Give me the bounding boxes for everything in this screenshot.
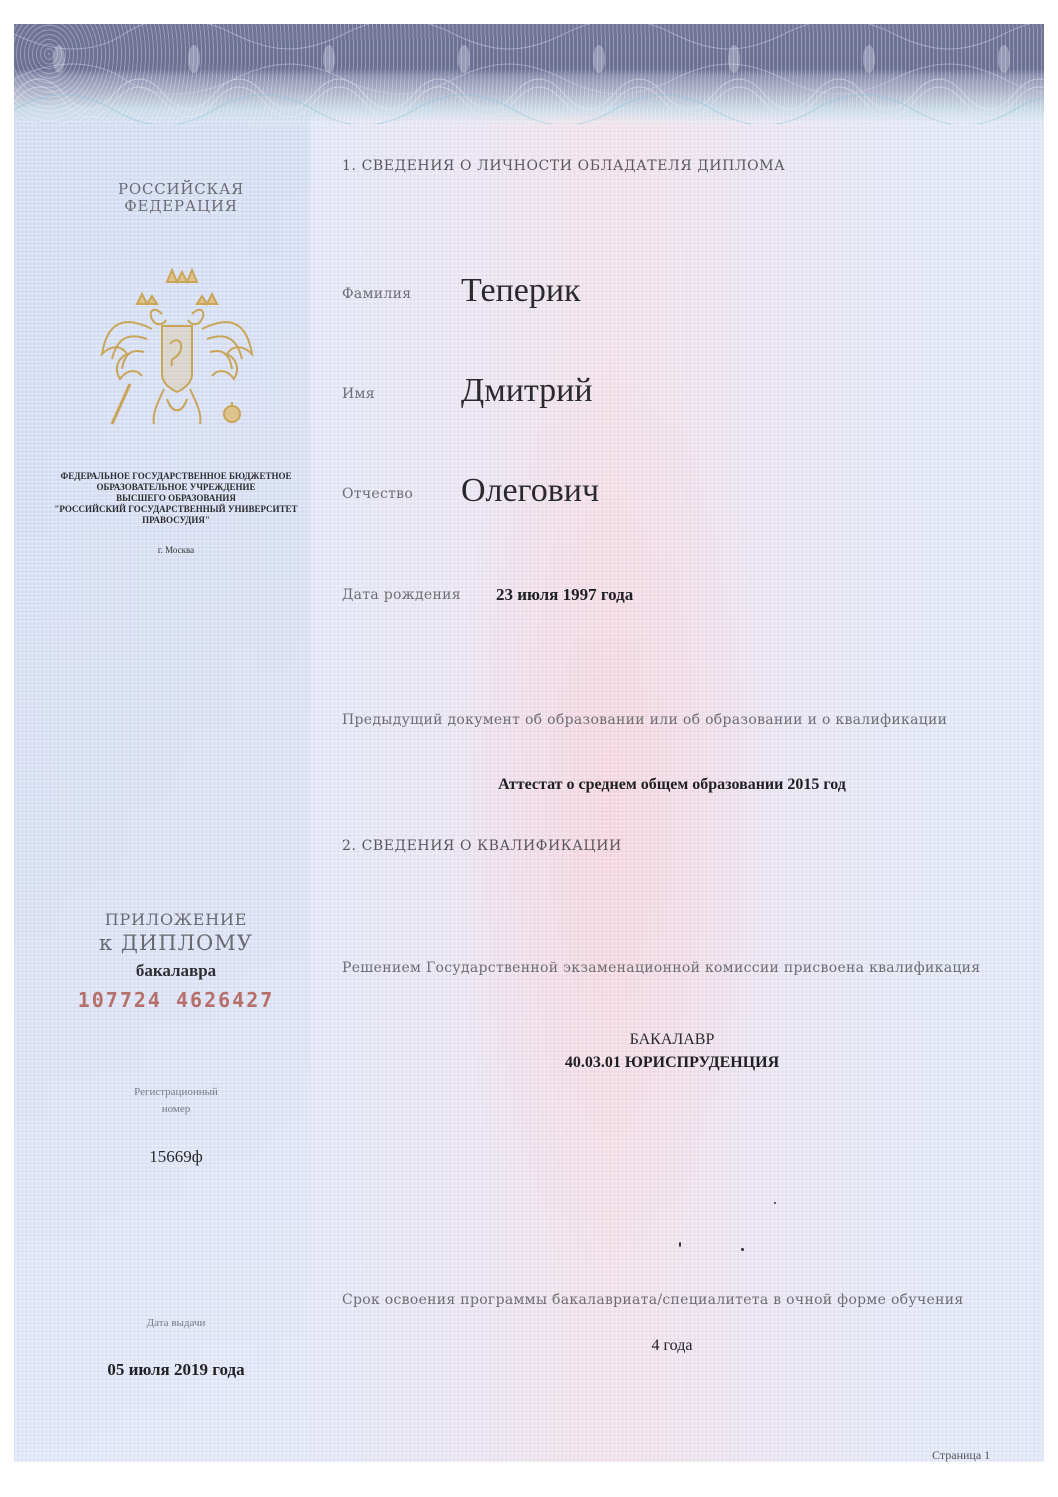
page-number: Страница 1 (932, 1448, 990, 1462)
section-1-heading: 1. СВЕДЕНИЯ О ЛИЧНОСТИ ОБЛАДАТЕЛЯ ДИПЛОМ… (342, 158, 785, 174)
previous-document-value: Аттестат о среднем общем образовании 201… (342, 776, 1002, 794)
institution-city: г. Москва (126, 545, 226, 555)
institution-line: "РОССИЙСКИЙ ГОСУДАРСТВЕННЫЙ УНИВЕРСИТЕТ (26, 504, 326, 515)
name-value: Дмитрий (461, 372, 593, 410)
duration-label: Срок освоения программы бакалавриата/спе… (342, 1292, 964, 1308)
registration-label-line-1: Регистрационный (134, 1086, 218, 1098)
patronymic-label: Отчество (342, 486, 413, 502)
serial-number: 107724 4626427 (56, 988, 296, 1012)
institution-name: ФЕДЕРАЛЬНОЕ ГОСУДАРСТВЕННОЕ БЮДЖЕТНОЕ ОБ… (26, 471, 326, 526)
qualification-label: Решением Государственной экзаменационной… (342, 960, 980, 976)
registration-label-line-2: номер (162, 1103, 191, 1115)
appendix-title-line-1: ПРИЛОЖЕНИЕ (76, 910, 276, 929)
country-line-2: ФЕДЕРАЦИЯ (124, 197, 237, 215)
coat-of-arms-icon (92, 264, 262, 444)
scan-speck (741, 1248, 744, 1251)
appendix-title: ПРИЛОЖЕНИЕ к ДИПЛОМУ (76, 910, 276, 955)
institution-line: ПРАВОСУДИЯ" (26, 515, 326, 526)
left-panel (14, 24, 310, 1462)
birth-date-label: Дата рождения (342, 587, 461, 603)
registration-number-label: Регистрационный номер (96, 1084, 256, 1118)
diploma-appendix-page: РОССИЙСКАЯ ФЕДЕРАЦИЯ (14, 24, 1044, 1462)
surname-value: Теперик (461, 272, 581, 310)
institution-line: ОБРАЗОВАТЕЛЬНОЕ УЧРЕЖДЕНИЕ (26, 482, 326, 493)
guilloche-pattern-icon (14, 24, 1044, 124)
name-label: Имя (342, 386, 375, 402)
birth-date-value: 23 июля 1997 года (496, 585, 633, 605)
qualification-value: БАКАЛАВР (342, 1031, 1002, 1049)
issue-date: 05 июля 2019 года (76, 1360, 276, 1380)
appendix-title-line-2: к ДИПЛОМУ (76, 931, 276, 955)
registration-number: 15669ф (106, 1147, 246, 1167)
section-2-heading: 2. СВЕДЕНИЯ О КВАЛИФИКАЦИИ (342, 838, 622, 854)
guilloche-border (14, 24, 1044, 124)
duration-value: 4 года (342, 1337, 1002, 1355)
institution-line: ФЕДЕРАЛЬНОЕ ГОСУДАРСТВЕННОЕ БЮДЖЕТНОЕ (26, 471, 326, 482)
specialty-value: 40.03.01 ЮРИСПРУДЕНЦИЯ (342, 1054, 1002, 1072)
country-name: РОССИЙСКАЯ ФЕДЕРАЦИЯ (96, 181, 266, 215)
patronymic-value: Олегович (461, 472, 599, 510)
surname-label: Фамилия (342, 286, 411, 302)
scan-speck (679, 1242, 681, 1247)
institution-line: ВЫСШЕГО ОБРАЗОВАНИЯ (26, 493, 326, 504)
scan-speck (774, 1202, 776, 1204)
country-line-1: РОССИЙСКАЯ (118, 180, 244, 198)
previous-document-label: Предыдущий документ об образовании или о… (342, 712, 947, 728)
issue-date-label: Дата выдачи (96, 1317, 256, 1329)
degree-level: бакалавра (106, 961, 246, 981)
